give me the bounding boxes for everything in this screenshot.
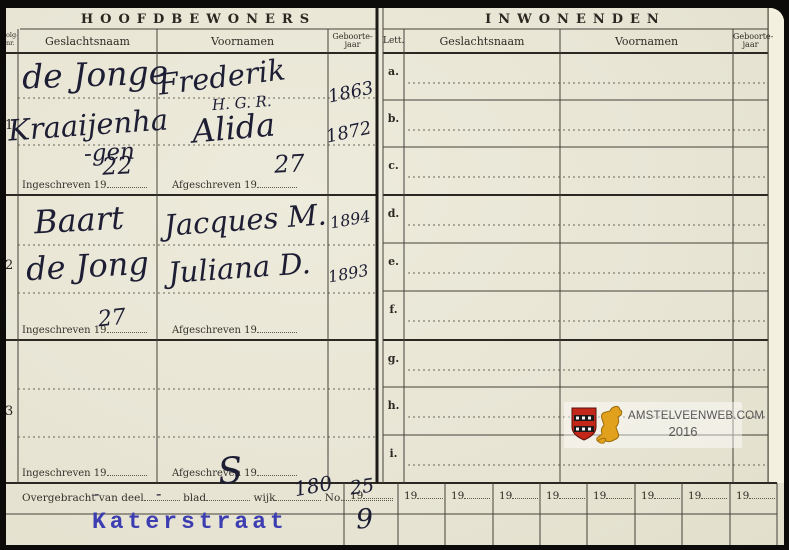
hw-year-value: 25 — [349, 476, 376, 498]
dotted-leader — [701, 489, 727, 499]
year-cell-label: 19 — [499, 489, 538, 502]
dotted-leader — [257, 466, 297, 476]
watermark: AMSTELVEENWEB.COM 2016 — [564, 402, 742, 448]
dotted-leader — [512, 489, 538, 499]
row-letter: d. — [383, 207, 404, 220]
dotted-leader — [206, 491, 250, 501]
column-header-voornamen-right: Voornamen — [560, 36, 733, 48]
row-letter: h. — [383, 399, 404, 412]
dotted-leader — [257, 178, 297, 188]
row-letter: c. — [383, 159, 404, 172]
year-cell-label: 19 — [641, 489, 680, 502]
block-number: 3 — [6, 404, 15, 419]
watermark-site-text: AMSTELVEENWEB.COM — [628, 410, 764, 422]
street-name-stamp: Katerstraat — [92, 509, 272, 535]
dotted-leader — [464, 489, 490, 499]
dotted-leader — [559, 489, 585, 499]
dotted-leader — [417, 489, 443, 499]
dotted-leader — [606, 489, 632, 499]
column-header-lett: Lett. — [383, 37, 404, 46]
overgebracht-label: Overgebracht van deel — [22, 492, 144, 504]
year-cell-label: 19 — [593, 489, 632, 502]
block-number: 2 — [6, 258, 15, 273]
hw-surname: de Jonge — [21, 55, 168, 93]
photo-background: HOOFDBEWONERS INWONENDEN olg- nr. Geslac… — [0, 0, 789, 550]
column-header-geslachtsnaam-right: Geslachtsnaam — [404, 36, 560, 48]
row-letter: f. — [383, 303, 404, 316]
blad-label: blad — [183, 492, 206, 504]
dotted-leader — [107, 466, 147, 476]
section-title-inwonenden: INWONENDEN — [383, 12, 768, 27]
row-letter: i. — [383, 447, 404, 460]
hw-wijk: S — [216, 453, 244, 491]
hw-givenname: Alida — [191, 108, 277, 147]
section-title-hoofdbewoners: HOOFDBEWONERS — [20, 12, 377, 27]
dotted-leader — [257, 323, 297, 333]
column-header-volgnr: olg- nr. — [6, 32, 17, 48]
row-letter: g. — [383, 352, 404, 365]
hw-ingeschreven-year: 22 — [101, 153, 133, 179]
ingeschreven-label: Ingeschreven 19 — [22, 466, 147, 479]
ingeschreven-label: Ingeschreven 19 — [22, 323, 147, 336]
column-header-geslachtsnaam-left: Geslachtsnaam — [18, 36, 157, 48]
hw-ingeschreven-year: 27 — [97, 307, 127, 332]
lion-icon — [592, 403, 628, 445]
hw-blad: - — [156, 486, 161, 502]
column-header-geboortejaar-left: Geboorte- jaar — [328, 33, 377, 50]
overgebracht-row: Overgebracht van deel blad wijk No. — [22, 491, 393, 504]
dotted-leader — [144, 491, 180, 501]
year-cell-label: 19 — [736, 489, 775, 502]
hw-huisnummer-oud: 180 — [293, 473, 334, 499]
ingeschreven-label: Ingeschreven 19 — [22, 178, 147, 191]
hw-afgeschreven-year: 27 — [273, 151, 305, 177]
row-letter: a. — [383, 65, 404, 78]
column-header-voornamen-left: Voornamen — [157, 36, 328, 48]
row-letter: e. — [383, 255, 404, 268]
register-card: HOOFDBEWONERS INWONENDEN olg- nr. Geslac… — [6, 8, 784, 545]
wijk-label: wijk — [253, 492, 275, 504]
dotted-leader — [749, 489, 775, 499]
hw-surname: Baart — [33, 202, 124, 239]
afgeschreven-label: Afgeschreven 19 — [172, 178, 297, 191]
row-letter: b. — [383, 112, 404, 125]
column-header-geboortejaar-right: Geboorte- jaar — [733, 33, 768, 50]
year-cell-label: 19 — [546, 489, 585, 502]
dotted-leader — [654, 489, 680, 499]
watermark-year-text: 2016 — [628, 424, 738, 439]
year-cell-label: 19 — [404, 489, 443, 502]
year-cell-label: 19 — [451, 489, 490, 502]
hw-deel: - — [94, 486, 99, 502]
hw-surname: de Jong — [25, 247, 149, 285]
year-cell-label: 19 — [688, 489, 727, 502]
hw-house-number: 9 — [355, 505, 374, 533]
afgeschreven-label: Afgeschreven 19 — [172, 323, 297, 336]
